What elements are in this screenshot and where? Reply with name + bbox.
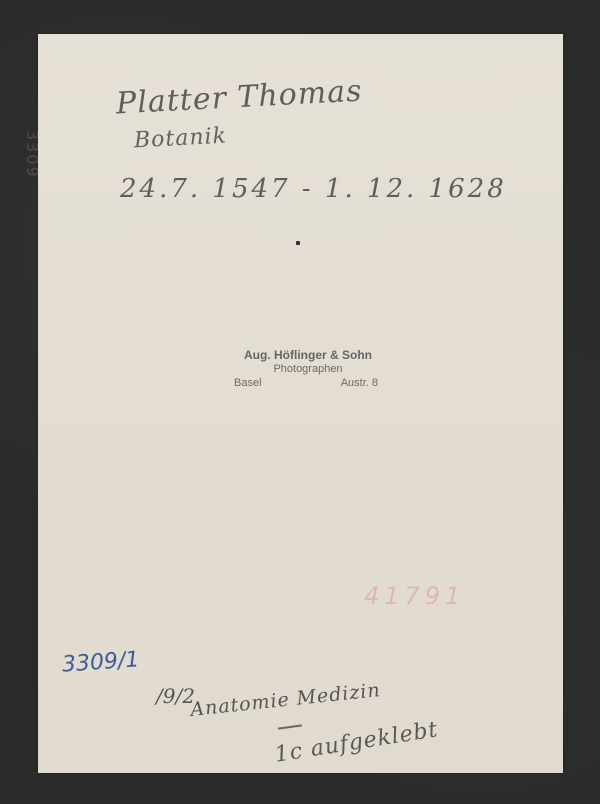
stamp-address-line: Basel Austr. 8 <box>208 376 408 390</box>
archive-card-back: 3309 Platter Thomas Botanik 24.7. 1547 -… <box>38 34 563 773</box>
stamp-city: Basel <box>234 376 262 390</box>
ink-dot <box>296 241 300 245</box>
stamp-profession: Photographen <box>208 362 408 376</box>
handwritten-field: Botanik <box>133 124 227 154</box>
photographer-stamp: Aug. Höflinger & Sohn Photographen Basel… <box>208 348 408 390</box>
stamp-studio-name: Aug. Höflinger & Sohn <box>208 348 408 362</box>
stamp-street: Austr. 8 <box>341 376 378 390</box>
blue-ink-inventory-number: 3309/1 <box>61 647 140 677</box>
pencil-dash <box>278 724 302 729</box>
pencil-note-subject: Anatomie Medizin <box>189 679 381 721</box>
red-pencil-number: 41791 <box>364 582 465 610</box>
bleed-through-number: 3309 <box>23 130 42 179</box>
handwritten-dates: 24.7. 1547 - 1. 12. 1628 <box>120 174 507 204</box>
handwritten-name: Platter Thomas <box>115 74 363 122</box>
